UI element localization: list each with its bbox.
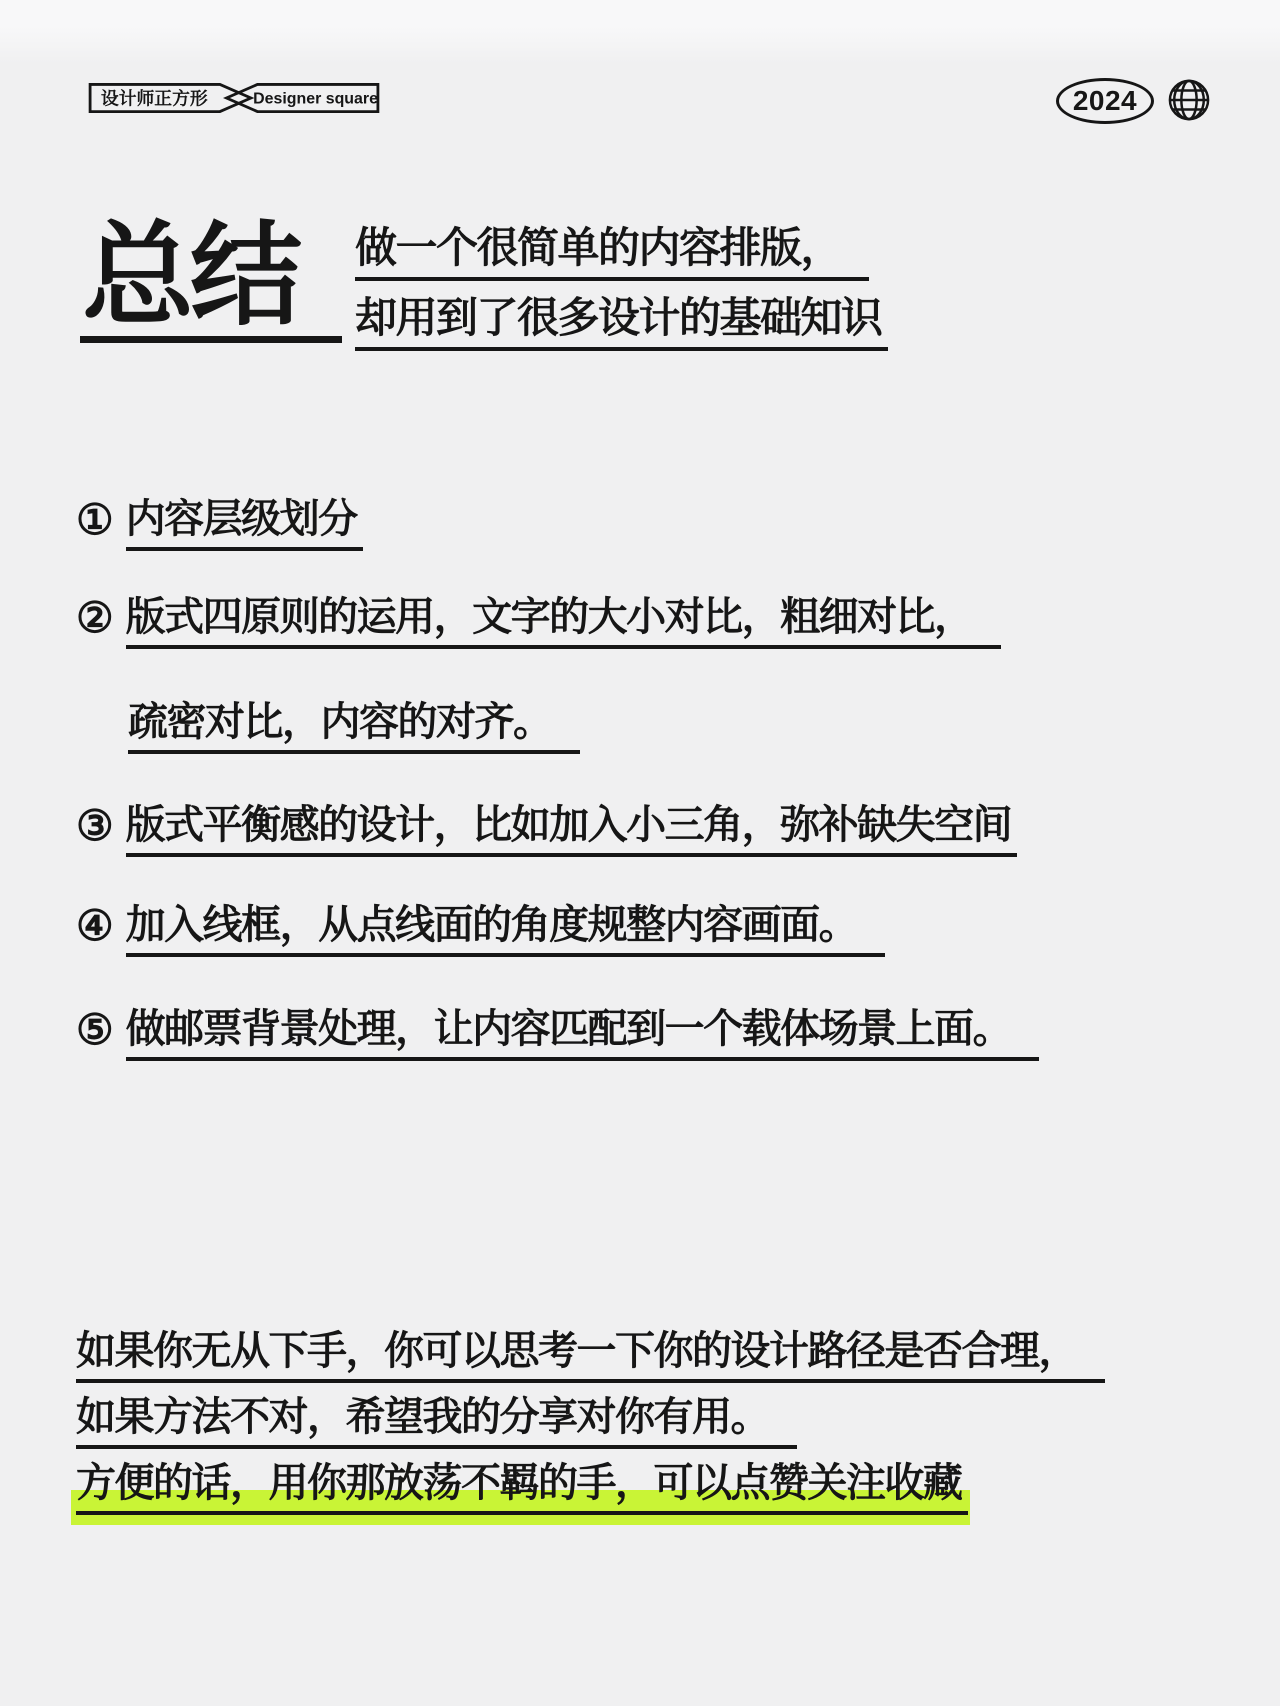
year-label: 2024	[1073, 85, 1137, 117]
list-item-3: ③版式平衡感的设计，比如加入小三角，弥补缺失空间	[76, 804, 1017, 857]
subtitle-line-1: 做一个很简单的内容排版，	[355, 226, 869, 281]
list-item-2: ②版式四原则的运用，文字的大小对比，粗细对比，	[76, 596, 1001, 649]
list-item-2-continued: 疏密对比，内容的对齐。	[128, 701, 580, 754]
footer-highlight-line: 方便的话，用你那放荡不羁的手，可以点赞关注收藏	[76, 1462, 968, 1515]
list-item-1: ①内容层级划分	[76, 498, 363, 551]
circled-number-2: ②	[76, 596, 114, 640]
footer-line-2: 如果方法不对，希望我的分享对你有用。	[76, 1396, 797, 1449]
page-title: 总结	[80, 220, 342, 343]
list-item-4: ④加入线框，从点线面的角度规整内容画面。	[76, 904, 885, 957]
subtitle-line-2: 却用到了很多设计的基础知识	[355, 296, 888, 351]
list-item-5: ⑤做邮票背景处理，让内容匹配到一个载体场景上面。	[76, 1008, 1039, 1061]
brand-badge: 设计师正方形 Designer square	[84, 83, 384, 113]
circled-number-3: ③	[76, 804, 114, 848]
circled-number-4: ④	[76, 904, 114, 948]
circled-number-1: ①	[76, 498, 114, 542]
highlight-marker: 方便的话，用你那放荡不羁的手，可以点赞关注收藏	[76, 1462, 968, 1515]
badge-cn-label: 设计师正方形	[101, 88, 208, 109]
year-badge: 2024	[1056, 78, 1154, 124]
footer-line-1: 如果你无从下手，你可以思考一下你的设计路径是否合理，	[76, 1330, 1105, 1383]
globe-icon	[1168, 79, 1210, 121]
circled-number-5: ⑤	[76, 1008, 114, 1052]
badge-en-label: Designer square	[253, 91, 378, 108]
poster-page: 设计师正方形 Designer square 2024 总结 做一个很简单的内容…	[0, 0, 1280, 1706]
